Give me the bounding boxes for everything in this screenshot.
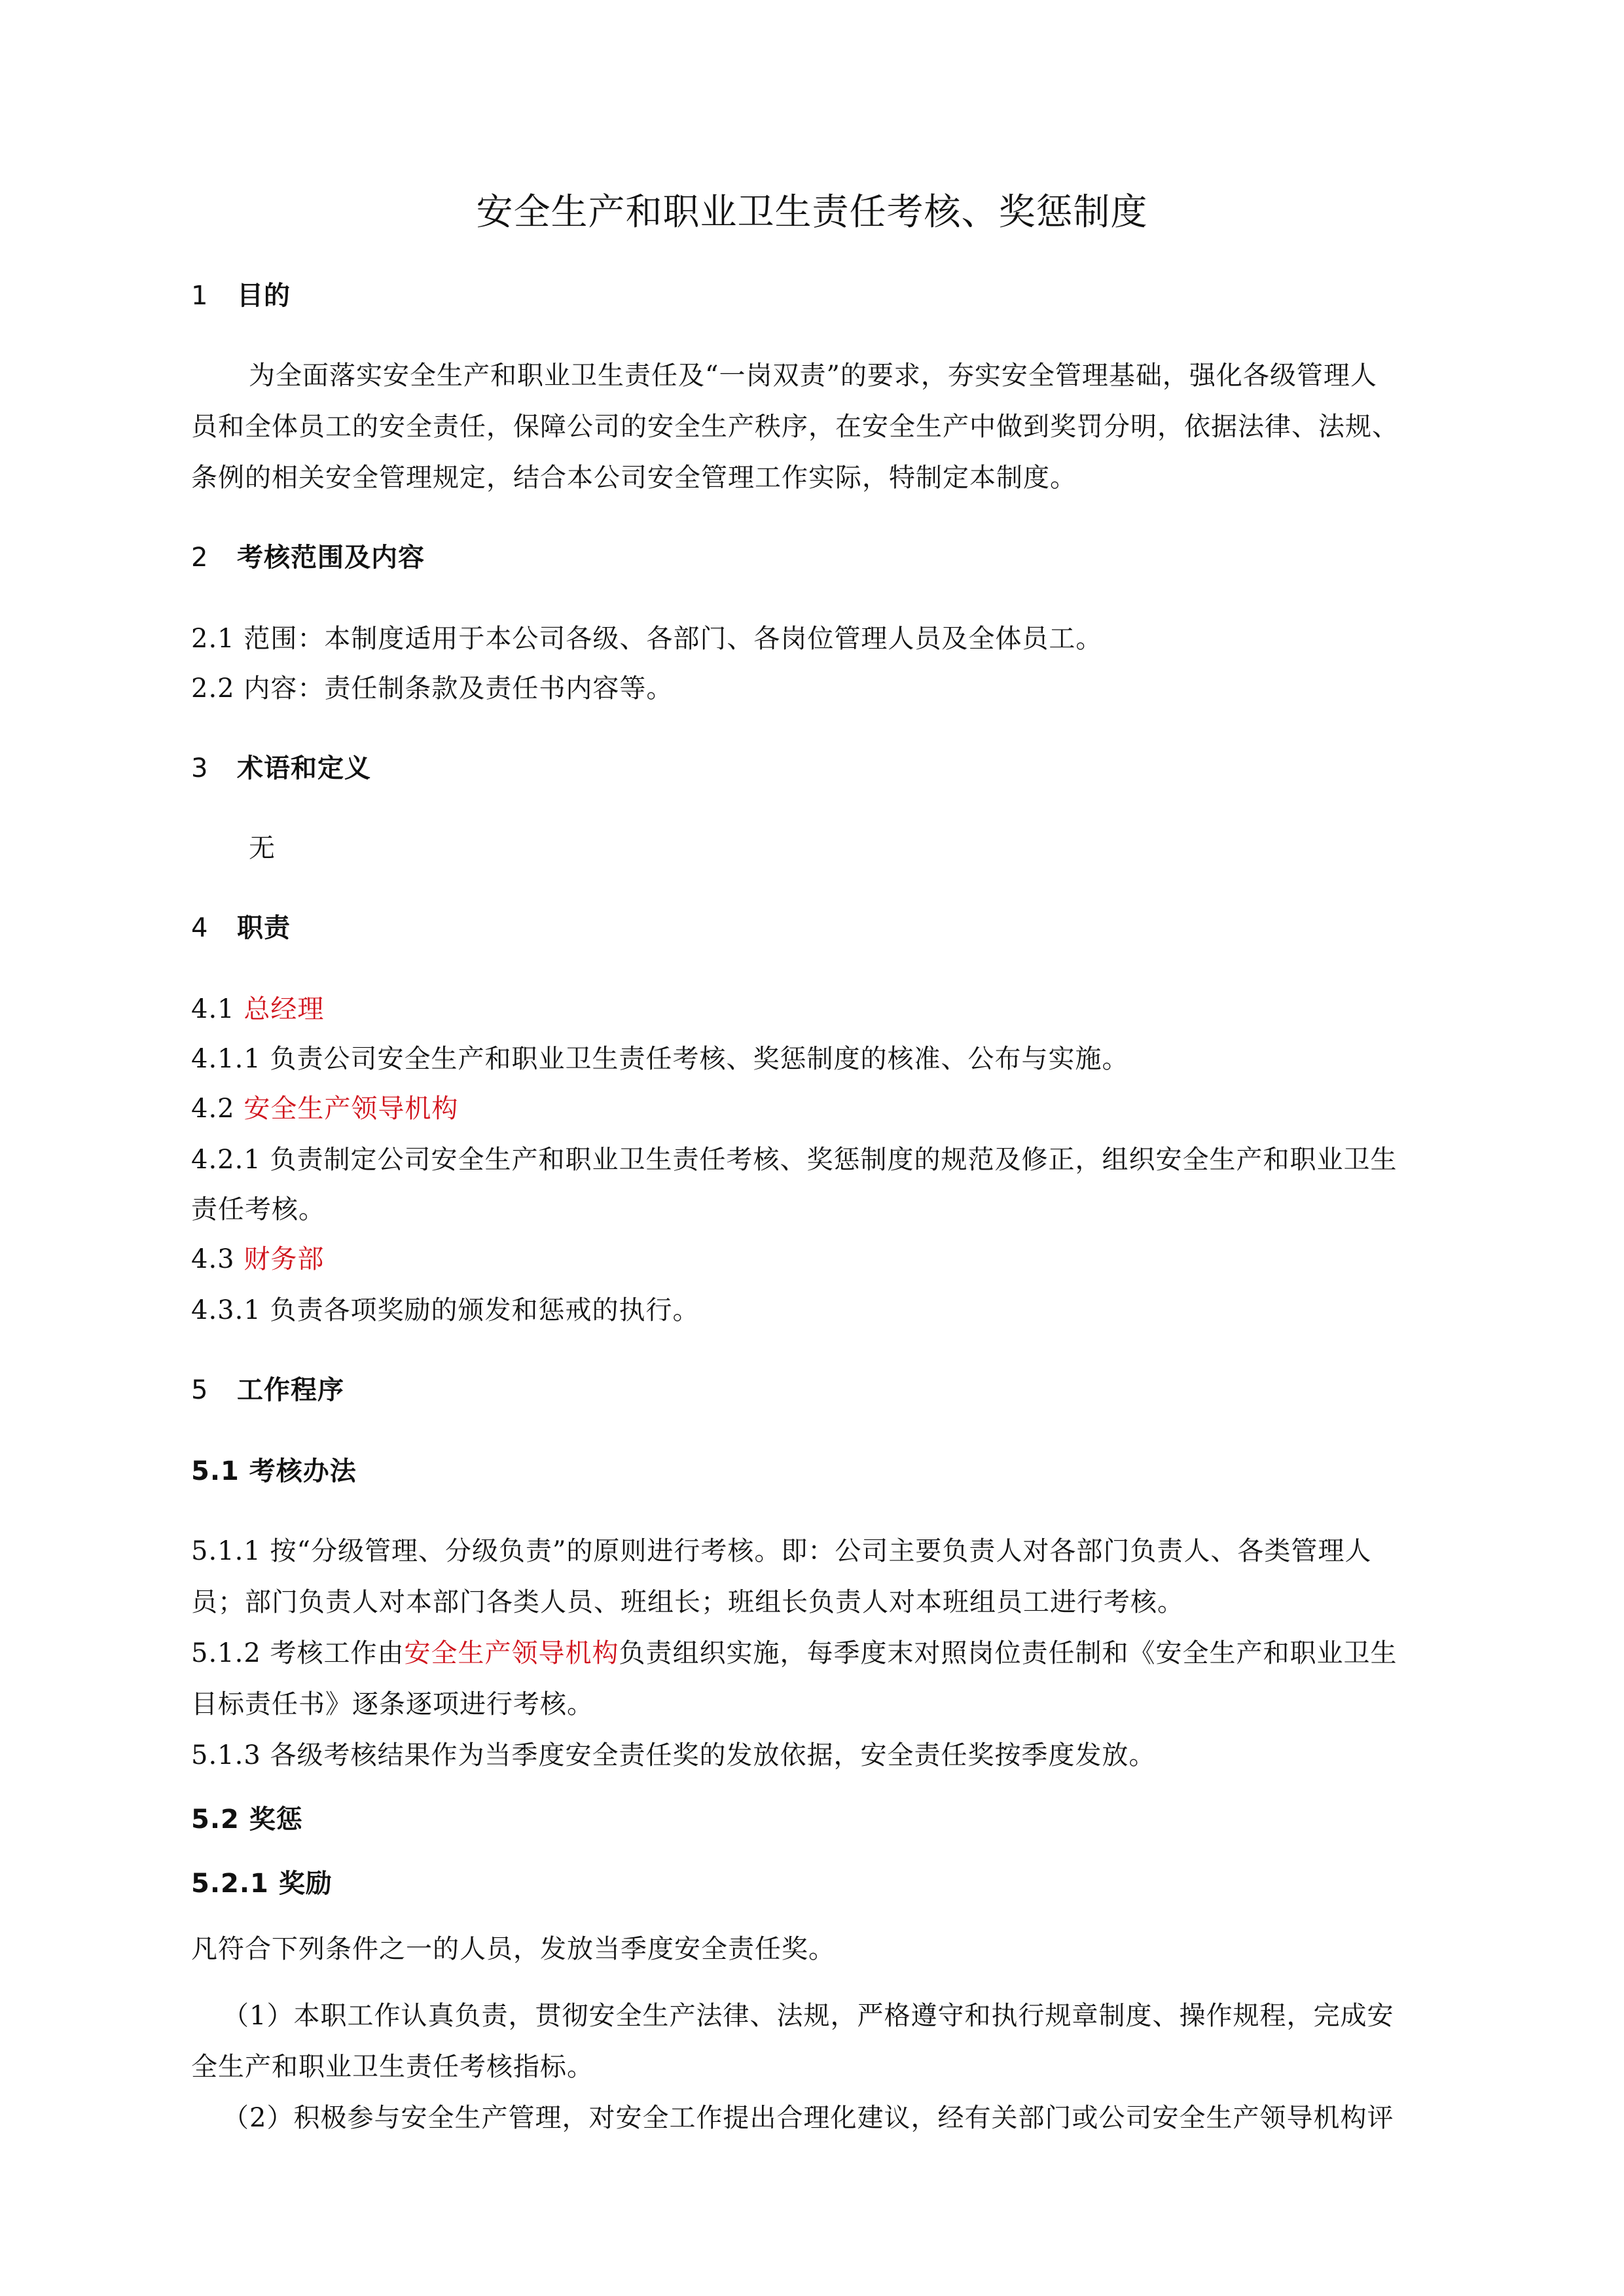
section-heading-5: 5工作程序 xyxy=(191,1374,344,1406)
section-title: 术语和定义 xyxy=(237,753,371,783)
role-label-safety-leadership-inline: 安全生产领导机构 xyxy=(405,1638,619,1668)
duty-heading-4-1: 4.1 总经理 xyxy=(191,994,324,1025)
item-number: 5.1.3 xyxy=(191,1740,261,1770)
procedure-item-5-1-3: 5.1.3 各级考核结果作为当季度安全责任奖的发放依据，安全责任奖按季度发放。 xyxy=(191,1740,1156,1771)
item-number: 2.2 xyxy=(191,673,235,704)
section-heading-3: 3术语和定义 xyxy=(191,753,371,784)
item-number: 4.2.1 xyxy=(191,1145,261,1175)
reward-criterion-1-cont: 全生产和职业卫生责任考核指标。 xyxy=(191,2051,594,2083)
procedure-item-5-1-1-cont: 员；部门负责人对本部门各类人员、班组长；班组长负责人对本班组员工进行考核。 xyxy=(191,1587,1184,1618)
item-text-pre: 考核工作由 xyxy=(270,1638,405,1668)
section-number: 4 xyxy=(191,912,237,944)
item-number: 4.1.1 xyxy=(191,1044,261,1074)
item-number: 4.2 xyxy=(191,1094,235,1124)
purpose-paragraph-line-1: 为全面落实安全生产和职业卫生责任及“一岗双责”的要求，夯实安全管理基础，强化各级… xyxy=(249,360,1377,391)
item-number: 4.3.1 xyxy=(191,1295,261,1325)
procedure-item-5-1-1: 5.1.1 按“分级管理、分级负责”的原则进行考核。即：公司主要负责人对各部门负… xyxy=(191,1535,1371,1567)
section-number: 1 xyxy=(191,280,237,312)
item-text: 按“分级管理、分级负责”的原则进行考核。即：公司主要负责人对各部门负责人、各类管… xyxy=(270,1536,1372,1566)
section-title: 考核范围及内容 xyxy=(237,543,425,573)
role-label-general-manager: 总经理 xyxy=(244,994,324,1024)
item-text: 负责各项奖励的颁发和惩戒的执行。 xyxy=(270,1295,700,1325)
scope-item-2-1: 2.1 范围：本制度适用于本公司各级、各部门、各岗位管理人员及全体员工。 xyxy=(191,623,1102,655)
reward-criterion-1: （1）本职工作认真负责，贯彻安全生产法律、法规，严格遵守和执行规章制度、操作规程… xyxy=(223,2000,1394,2032)
terms-body: 无 xyxy=(249,833,276,864)
section-heading-2: 2考核范围及内容 xyxy=(191,542,425,573)
reward-criterion-2: （2）积极参与安全生产管理，对安全工作提出合理化建议，经有关部门或公司安全生产领… xyxy=(223,2102,1394,2134)
scope-item-2-2: 2.2 内容：责任制条款及责任书内容等。 xyxy=(191,673,673,704)
item-text: 各级考核结果作为当季度安全责任奖的发放依据，安全责任奖按季度发放。 xyxy=(270,1740,1156,1770)
item-number: 5.1.1 xyxy=(191,1536,261,1566)
document-page: 安全生产和职业卫生责任考核、奖惩制度 1目的 为全面落实安全生产和职业卫生责任及… xyxy=(0,0,1624,2296)
subsection-heading-5-2-1: 5.2.1 奖励 xyxy=(191,1868,333,1899)
subsection-heading-5-1: 5.1 考核办法 xyxy=(191,1456,357,1487)
section-number: 2 xyxy=(191,542,237,573)
item-text: 负责制定公司安全生产和职业卫生责任考核、奖惩制度的规范及修正，组织安全生产和职业… xyxy=(270,1145,1398,1175)
item-number: 4.1 xyxy=(191,994,235,1024)
duty-item-4-1-1: 4.1.1 负责公司安全生产和职业卫生责任考核、奖惩制度的核准、公布与实施。 xyxy=(191,1043,1129,1075)
procedure-item-5-1-2: 5.1.2 考核工作由安全生产领导机构负责组织实施，每季度末对照岗位责任制和《安… xyxy=(191,1638,1398,1669)
section-title: 工作程序 xyxy=(237,1375,344,1405)
role-label-finance: 财务部 xyxy=(244,1244,324,1274)
purpose-paragraph-line-3: 条例的相关安全管理规定，结合本公司安全管理工作实际，特制定本制度。 xyxy=(191,462,1077,493)
item-text-post: 负责组织实施，每季度末对照岗位责任制和《安全生产和职业卫生 xyxy=(619,1638,1398,1668)
item-number: 2.1 xyxy=(191,624,235,654)
section-heading-1: 1目的 xyxy=(191,280,291,312)
duty-heading-4-3: 4.3 财务部 xyxy=(191,1244,324,1275)
section-title: 目的 xyxy=(237,281,291,311)
section-title: 职责 xyxy=(237,913,291,943)
document-title: 安全生产和职业卫生责任考核、奖惩制度 xyxy=(0,190,1624,236)
section-number: 5 xyxy=(191,1374,237,1406)
section-heading-4: 4职责 xyxy=(191,912,291,944)
item-text: 内容：责任制条款及责任书内容等。 xyxy=(244,673,673,704)
duty-item-4-2-1-cont: 责任考核。 xyxy=(191,1194,325,1225)
subsection-heading-5-2: 5.2 奖惩 xyxy=(191,1804,303,1835)
item-text: 负责公司安全生产和职业卫生责任考核、奖惩制度的核准、公布与实施。 xyxy=(270,1044,1129,1074)
duty-item-4-3-1: 4.3.1 负责各项奖励的颁发和惩戒的执行。 xyxy=(191,1295,700,1326)
item-number: 4.3 xyxy=(191,1244,235,1274)
duty-heading-4-2: 4.2 安全生产领导机构 xyxy=(191,1093,458,1124)
procedure-item-5-1-2-cont: 目标责任书》逐条逐项进行考核。 xyxy=(191,1689,594,1720)
section-number: 3 xyxy=(191,753,237,784)
role-label-safety-leadership: 安全生产领导机构 xyxy=(244,1094,458,1124)
purpose-paragraph-line-2: 员和全体员工的安全责任，保障公司的安全生产秩序，在安全生产中做到奖罚分明，依据法… xyxy=(191,411,1399,442)
duty-item-4-2-1: 4.2.1 负责制定公司安全生产和职业卫生责任考核、奖惩制度的规范及修正，组织安… xyxy=(191,1144,1398,1175)
item-number: 5.1.2 xyxy=(191,1638,261,1668)
item-text: 范围：本制度适用于本公司各级、各部门、各岗位管理人员及全体员工。 xyxy=(244,624,1102,654)
reward-intro: 凡符合下列条件之一的人员，发放当季度安全责任奖。 xyxy=(191,1933,835,1965)
